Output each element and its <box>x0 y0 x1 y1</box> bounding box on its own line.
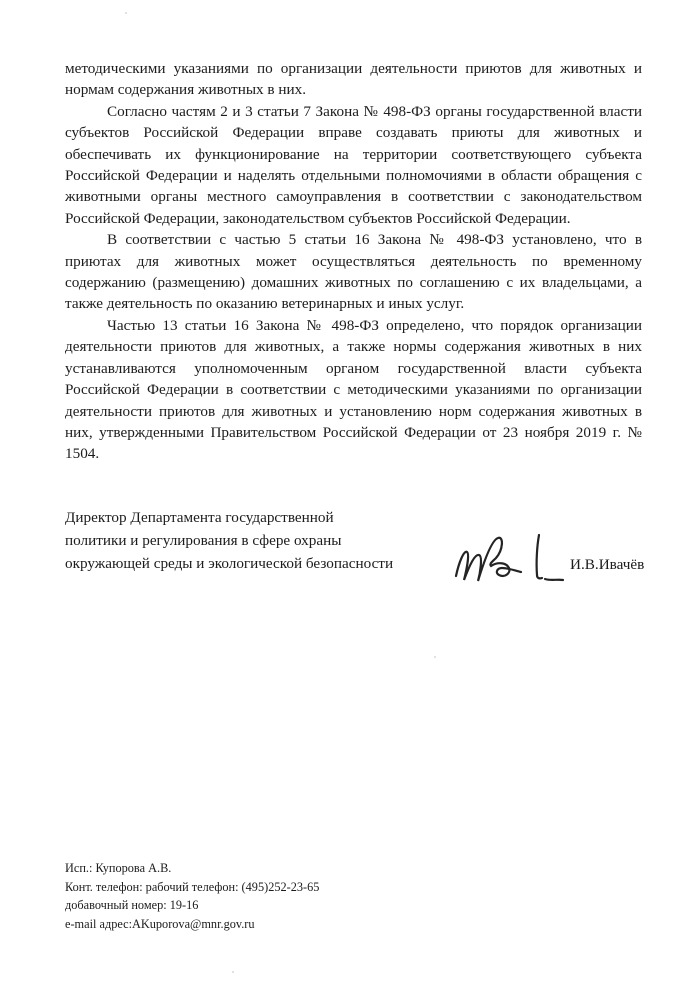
signer-title-line: Директор Департамента государственной <box>65 506 655 529</box>
executor-footer: Исп.: Купорова А.В. Конт. телефон: рабоч… <box>65 859 485 933</box>
contact-phone-line: Конт. телефон: рабочий телефон: (495)252… <box>65 878 485 897</box>
scan-speck <box>434 656 436 658</box>
handwritten-signature <box>453 528 571 590</box>
paragraph-continuation: методическими указаниями по организации … <box>65 58 642 101</box>
signature-block: Директор Департамента государственной по… <box>65 506 655 575</box>
letter-body: методическими указаниями по организации … <box>65 58 642 465</box>
scan-speck <box>232 971 234 973</box>
scanned-letter-page: методическими указаниями по организации … <box>0 0 700 1000</box>
scan-speck <box>125 12 127 14</box>
extension-number-line: добавочный номер: 19-16 <box>65 896 485 915</box>
signer-name: И.В.Ивачёв <box>570 553 644 576</box>
paragraph-law-article-16-part-13: Частью 13 статьи 16 Закона № 498-ФЗ опре… <box>65 315 642 465</box>
paragraph-law-article-16-part-5: В соответствии с частью 5 статьи 16 Зако… <box>65 229 642 315</box>
email-line: e-mail адрес:AKuporova@mnr.gov.ru <box>65 915 485 934</box>
executor-name-line: Исп.: Купорова А.В. <box>65 859 485 878</box>
paragraph-law-article-7: Согласно частям 2 и 3 статьи 7 Закона № … <box>65 101 642 229</box>
